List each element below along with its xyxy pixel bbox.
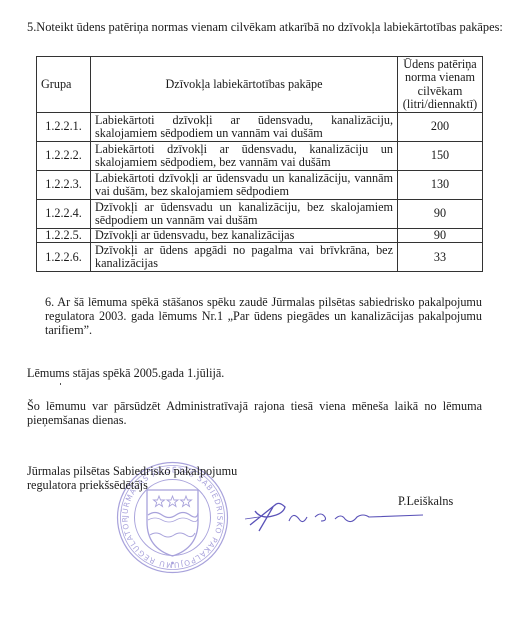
cell-description: Labiekārtoti dzīvokļi ar ūdensvadu, kana… <box>91 142 398 171</box>
table-row: 1.2.2.4. Dzīvokļi ar ūdensvadu un kanali… <box>37 200 483 229</box>
cell-norm: 150 <box>398 142 483 171</box>
header-norm: Ūdens patēriņa norma vienam cilvēkam (li… <box>398 57 483 113</box>
signatory-name: P.Leiškalns <box>398 494 453 509</box>
cell-norm: 90 <box>398 200 483 229</box>
cell-group: 1.2.2.5. <box>37 229 91 243</box>
scan-speck <box>60 383 61 385</box>
cell-norm: 130 <box>398 171 483 200</box>
cell-group: 1.2.2.4. <box>37 200 91 229</box>
cell-group: 1.2.2.2. <box>37 142 91 171</box>
cell-norm: 33 <box>398 243 483 272</box>
table-row: 1.2.2.1. Labiekārtoti dzīvokļi ar ūdensv… <box>37 113 483 142</box>
cell-description: Dzīvokļi ar ūdensvadu, bez kanalizācijas <box>91 229 398 243</box>
table-header-row: Grupa Dzīvokļa labiekārtotības pakāpe Ūd… <box>37 57 483 113</box>
table-row: 1.2.2.2. Labiekārtoti dzīvokļi ar ūdensv… <box>37 142 483 171</box>
cell-description: Labiekārtoti dzīvokļi ar ūdensvadu, kana… <box>91 113 398 142</box>
effective-date-statement: Lēmums stājas spēkā 2005.gada 1.jūlijā. <box>27 366 224 381</box>
table-row: 1.2.2.6. Dzīvokļi ar ūdens apgādi no pag… <box>37 243 483 272</box>
cell-description: Dzīvokļi ar ūdens apgādi no pagalma vai … <box>91 243 398 272</box>
appeal-statement: Šo lēmumu var pārsūdzēt Administratīvajā… <box>27 400 482 428</box>
signatory-title-line2: regulatora priekšsēdētājs <box>27 479 237 493</box>
table-row: 1.2.2.3. Labiekārtoti dzīvokļi ar ūdensv… <box>37 171 483 200</box>
signatory-title: Jūrmalas pilsētas Sabiedrisko pakalpojum… <box>27 465 237 493</box>
cell-norm: 90 <box>398 229 483 243</box>
cell-group: 1.2.2.3. <box>37 171 91 200</box>
intro-paragraph: 5.Noteikt ūdens patēriņa normas vienam c… <box>27 20 503 35</box>
cell-description: Labiekārtoti dzīvokļi ar ūdensvadu un ka… <box>91 171 398 200</box>
paragraph-6: 6. Ar šā lēmuma spēkā stāšanos spēku zau… <box>45 296 482 337</box>
cell-group: 1.2.2.1. <box>37 113 91 142</box>
cell-norm: 200 <box>398 113 483 142</box>
header-group: Grupa <box>37 57 91 113</box>
header-description: Dzīvokļa labiekārtotības pakāpe <box>91 57 398 113</box>
cell-description: Dzīvokļi ar ūdensvadu un kanalizāciju, b… <box>91 200 398 229</box>
cell-group: 1.2.2.6. <box>37 243 91 272</box>
signatory-title-line1: Jūrmalas pilsētas Sabiedrisko pakalpojum… <box>27 465 237 479</box>
table-row: 1.2.2.5. Dzīvokļi ar ūdensvadu, bez kana… <box>37 229 483 243</box>
water-norms-table: Grupa Dzīvokļa labiekārtotības pakāpe Ūd… <box>36 56 483 272</box>
